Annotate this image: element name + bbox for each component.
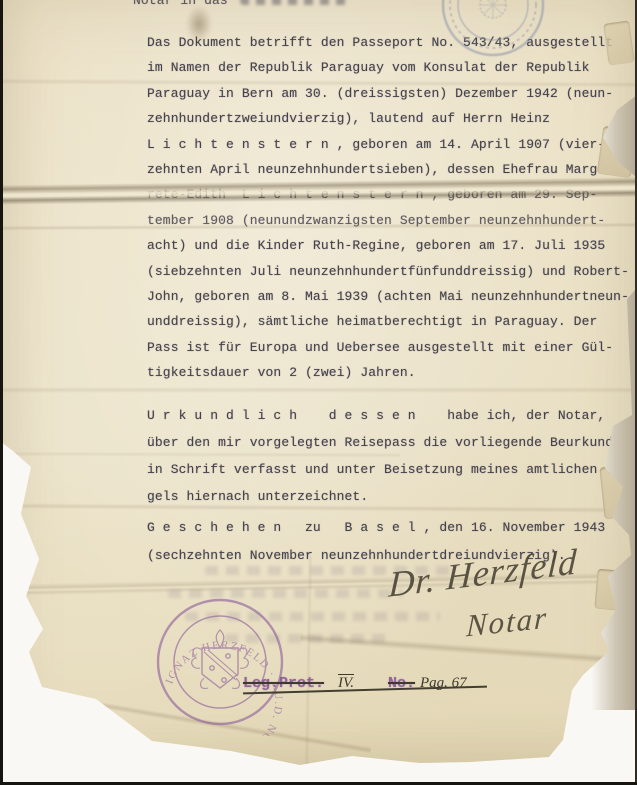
text-line: zehnhundertzweiundvierzig), lautend auf … — [147, 106, 629, 131]
crease-line — [304, 555, 313, 770]
text-line: U r k u n d l i c h d e s s e n habe ich… — [147, 402, 637, 429]
text-line: acht) und die Kinder Ruth-Regine, gebore… — [147, 233, 629, 258]
consular-blue-seal-icon — [438, 0, 548, 60]
text-line: (siebzehnten Juli neunzehnhundertfünfund… — [147, 259, 629, 284]
seal-coat-of-arms — [192, 630, 249, 688]
text-line: unddreissig), sämtliche heimatberechtigt… — [147, 309, 629, 334]
pencil-archive-number: 2039/25 — [27, 698, 95, 726]
text-line: L i c h t e n s t e r n , geboren am 14.… — [147, 132, 629, 157]
text-line: tigkeitsdauer von 2 (zwei) Jahren. — [147, 360, 629, 385]
scanned-document: Notar in das Das Dokument betrifft den P… — [0, 0, 637, 785]
text-line: in Schrift verfasst und unter Beisetzung… — [147, 456, 637, 483]
paper-stain — [186, 6, 212, 42]
text-line: über den mir vorgelegten Reisepass die v… — [147, 429, 637, 456]
text-line: rete-Edith L i c h t e n s t e r n , geb… — [147, 182, 629, 207]
notary-signature-title: Notar — [466, 600, 549, 645]
text-line: John, geboren am 8. Mai 1939 (achten Mai… — [147, 284, 629, 309]
text-line: zehnten April neunzehnhundertsieben), de… — [147, 157, 629, 182]
text-line: Das Dokument betrifft den Passeport No. … — [147, 30, 629, 55]
text-line: tember 1908 (neunundzwanzigsten Septembe… — [147, 208, 629, 233]
illegible-smudge — [240, 0, 350, 5]
text-line: Paraguay in Bern am 30. (dreissigsten) D… — [147, 81, 629, 106]
text-line: Pass ist für Europa und Uebersee ausgest… — [147, 335, 629, 360]
notary-seal-icon: IGNAZ HERZFELD · I.U.D. NOTARIUS — [150, 592, 290, 736]
text-line: gels hiernach unterzeichnet. — [147, 483, 637, 510]
clipped-top-line: Notar in das — [133, 0, 350, 8]
handwritten-page-ref: Pag. 67 — [420, 675, 467, 692]
crease-line — [0, 387, 637, 393]
scan-frame-edge — [0, 0, 3, 785]
paragraph-passport-details: Das Dokument betrifft den Passeport No. … — [147, 30, 629, 386]
text-line: im Namen der Republik Paraguay vom Konsu… — [147, 55, 629, 80]
paragraph-notarial-clause: U r k u n d l i c h d e s s e n habe ich… — [147, 402, 637, 510]
paper-sheet: Notar in das Das Dokument betrifft den P… — [0, 0, 637, 785]
top-line-fragment: Notar in das — [133, 0, 228, 8]
stamp-leg-prot: Leg.Prot. — [243, 675, 324, 692]
torn-edge-chip — [603, 20, 635, 65]
text-line: G e s c h e h e n zu B a s e l , den 16.… — [147, 514, 605, 542]
